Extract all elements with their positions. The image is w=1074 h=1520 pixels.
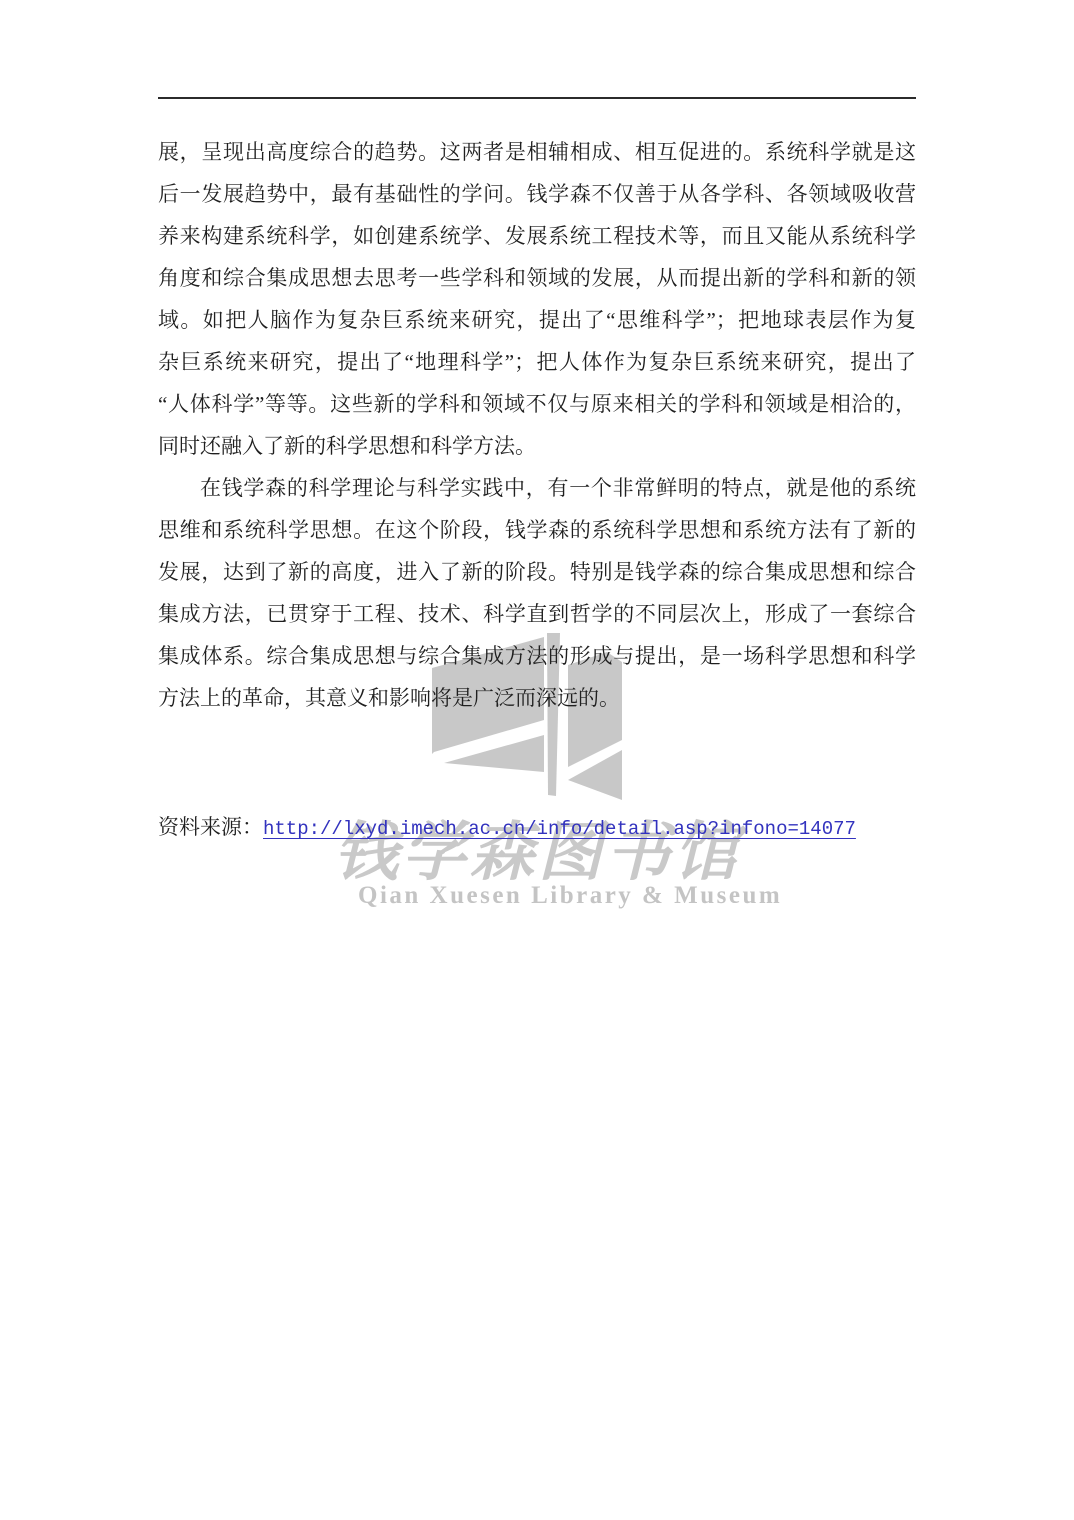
document-page: 展，呈现出高度综合的趋势。这两者是相辅相成、相互促进的。系统科学就是这 后一发展…	[0, 0, 1074, 1520]
source-label: 资料来源：	[158, 815, 263, 839]
watermark-english-caption: Qian Xuesen Library & Museum	[358, 882, 782, 910]
body-text-line: 同时还融入了新的科学思想和科学方法。	[158, 425, 916, 467]
body-text-line: 后一发展趋势中，最有基础性的学问。钱学森不仅善于从各学科、各领域吸收营	[158, 173, 916, 215]
body-text-line: 思维和系统科学思想。在这个阶段，钱学森的系统科学思想和系统方法有了新的	[158, 509, 916, 551]
paragraph-1: 展，呈现出高度综合的趋势。这两者是相辅相成、相互促进的。系统科学就是这 后一发展…	[158, 131, 916, 467]
header-rule	[158, 97, 916, 99]
body-text-line: 展，呈现出高度综合的趋势。这两者是相辅相成、相互促进的。系统科学就是这	[158, 131, 916, 173]
body-text-line: 养来构建系统科学，如创建系统学、发展系统工程技术等，而且又能从系统科学	[158, 215, 916, 257]
body-text-line: 杂巨系统来研究，提出了“地理科学”；把人体作为复杂巨系统来研究，提出了	[158, 341, 916, 383]
source-line: 资料来源：http://lxyd.imech.ac.cn/info/detail…	[158, 806, 918, 850]
body-text-line: 角度和综合集成思想去思考一些学科和领域的发展，从而提出新的学科和新的领	[158, 257, 916, 299]
paragraph-2: 在钱学森的科学理论与科学实践中，有一个非常鲜明的特点，就是他的系统 思维和系统科…	[158, 467, 916, 719]
body-text-line: 发展，达到了新的高度，进入了新的阶段。特别是钱学森的综合集成思想和综合	[158, 551, 916, 593]
body-text-line: 集成方法，已贯穿于工程、技术、科学直到哲学的不同层次上，形成了一套综合	[158, 593, 916, 635]
body-text-line: 集成体系。综合集成思想与综合集成方法的形成与提出，是一场科学思想和科学	[158, 635, 916, 677]
body-text-line: 方法上的革命，其意义和影响将是广泛而深远的。	[158, 677, 916, 719]
body-text: 展，呈现出高度综合的趋势。这两者是相辅相成、相互促进的。系统科学就是这 后一发展…	[158, 131, 916, 719]
body-text-line: “人体科学”等等。这些新的学科和领域不仅与原来相关的学科和领域是相洽的，	[158, 383, 916, 425]
source-url-link[interactable]: http://lxyd.imech.ac.cn/info/detail.asp?…	[263, 818, 856, 840]
body-text-line: 在钱学森的科学理论与科学实践中，有一个非常鲜明的特点，就是他的系统	[158, 467, 916, 509]
body-text-line: 域。如把人脑作为复杂巨系统来研究，提出了“思维科学”；把地球表层作为复	[158, 299, 916, 341]
